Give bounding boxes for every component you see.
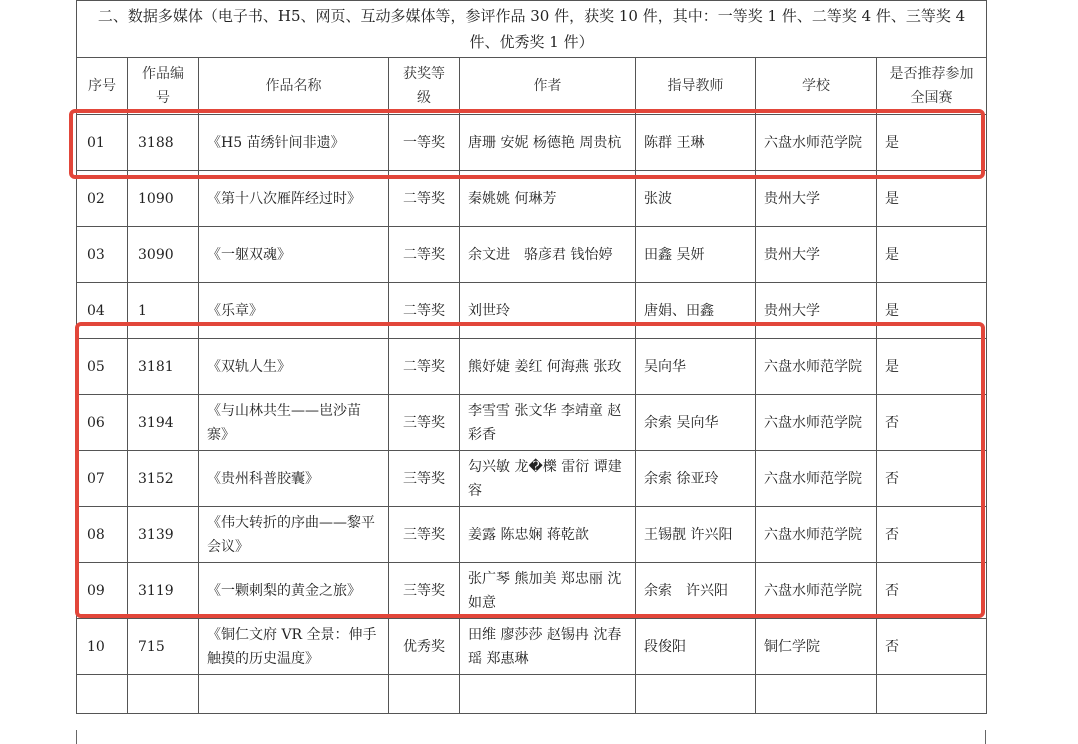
cell-no: 09 [77,563,128,619]
table-row: 093119《一颗刺梨的黄金之旅》三等奖张广琴 熊加美 郑忠丽 沈如意余索 许兴… [77,563,987,619]
cell-advisors: 陈群 王琳 [636,115,756,171]
cell-advisors: 张波 [636,171,756,227]
cell-authors: 熊妤婕 姜红 何海燕 张玫 [460,339,636,395]
cell-award: 二等奖 [389,283,460,339]
cell-id: 3139 [128,507,199,563]
cell-advisors: 段俊阳 [636,619,756,675]
cell-no: 01 [77,115,128,171]
cell-award: 三等奖 [389,507,460,563]
cell-title: 《一颗刺梨的黄金之旅》 [199,563,389,619]
cell-recommend: 否 [877,395,987,451]
cell-school: 六盘水师范学院 [756,563,877,619]
cell-award: 三等奖 [389,563,460,619]
table-row: 053181《双轨人生》二等奖熊妤婕 姜红 何海燕 张玫吴向华六盘水师范学院是 [77,339,987,395]
table-row: 041《乐章》二等奖刘世玲唐娟、田鑫贵州大学是 [77,283,987,339]
table-row: 083139《伟大转折的序曲——黎平会议》三等奖姜露 陈忠娴 蒋乾歆王锡靓 许兴… [77,507,987,563]
cell-title: 《第十八次雁阵经过时》 [199,171,389,227]
cell-school: 六盘水师范学院 [756,451,877,507]
cell-no: 10 [77,619,128,675]
cell-advisors: 田鑫 吴妍 [636,227,756,283]
cell-title: 《与山林共生——岜沙苗寨》 [199,395,389,451]
cell-authors: 余文进 骆彦君 钱怡婷 [460,227,636,283]
cell-school: 六盘水师范学院 [756,339,877,395]
awards-table: 二、数据多媒体（电子书、H5、网页、互动多媒体等，参评作品 30 件，获奖 10… [76,0,987,714]
cell-id: 3090 [128,227,199,283]
cell-recommend: 是 [877,283,987,339]
cell-authors: 刘世玲 [460,283,636,339]
cell-school: 贵州大学 [756,283,877,339]
cell-recommend: 否 [877,619,987,675]
cell-id: 3119 [128,563,199,619]
cell-title: 《乐章》 [199,283,389,339]
empty-row [77,675,987,714]
header-school: 学校 [756,58,877,115]
cell-school: 贵州大学 [756,171,877,227]
cell-award: 二等奖 [389,171,460,227]
header-title: 作品名称 [199,58,389,115]
cell-advisors: 唐娟、田鑫 [636,283,756,339]
header-award: 获奖等级 [389,58,460,115]
cell-id: 1 [128,283,199,339]
header-no: 序号 [77,58,128,115]
cell-title: 《一躯双魂》 [199,227,389,283]
cell-advisors: 余索 吴向华 [636,395,756,451]
cell-recommend: 否 [877,451,987,507]
cell-no: 02 [77,171,128,227]
cell-school: 铜仁学院 [756,619,877,675]
header-row: 序号 作品编号 作品名称 获奖等级 作者 指导教师 学校 是否推荐参加全国赛 [77,58,987,115]
cell-recommend: 是 [877,339,987,395]
cell-no: 03 [77,227,128,283]
cell-title: 《H5 苗绣针间非遗》 [199,115,389,171]
cell-school: 贵州大学 [756,227,877,283]
cell-award: 二等奖 [389,227,460,283]
cell-recommend: 是 [877,227,987,283]
section-caption: 二、数据多媒体（电子书、H5、网页、互动多媒体等，参评作品 30 件，获奖 10… [77,1,987,58]
cell-authors: 唐珊 安妮 杨德艳 周贵杭 [460,115,636,171]
cell-advisors: 余索 徐亚玲 [636,451,756,507]
cell-award: 三等奖 [389,395,460,451]
cell-authors: 张广琴 熊加美 郑忠丽 沈如意 [460,563,636,619]
cell-id: 3152 [128,451,199,507]
cell-id: 3194 [128,395,199,451]
cell-title: 《伟大转折的序曲——黎平会议》 [199,507,389,563]
cell-id: 715 [128,619,199,675]
cell-school: 六盘水师范学院 [756,115,877,171]
cell-recommend: 否 [877,507,987,563]
cell-recommend: 是 [877,115,987,171]
cell-school: 六盘水师范学院 [756,507,877,563]
table-row: 073152《贵州科普胶囊》三等奖勾兴敏 龙�櫟 雷衍 谭建容余索 徐亚玲六盘水… [77,451,987,507]
table-row: 063194《与山林共生——岜沙苗寨》三等奖李雪雪 张文华 李靖童 赵彩香余索 … [77,395,987,451]
cell-no: 05 [77,339,128,395]
header-authors: 作者 [460,58,636,115]
cell-title: 《双轨人生》 [199,339,389,395]
award-document-page: 二、数据多媒体（电子书、H5、网页、互动多媒体等，参评作品 30 件，获奖 10… [76,0,986,714]
cell-title: 《贵州科普胶囊》 [199,451,389,507]
cell-id: 3181 [128,339,199,395]
cell-authors: 秦姚姚 何琳芳 [460,171,636,227]
cell-award: 一等奖 [389,115,460,171]
cell-authors: 田维 廖莎莎 赵锡冉 沈春瑶 郑惠琳 [460,619,636,675]
cell-id: 3188 [128,115,199,171]
cell-title: 《铜仁文府 VR 全景：伸手触摸的历史温度》 [199,619,389,675]
table-row: 033090《一躯双魂》二等奖余文进 骆彦君 钱怡婷田鑫 吴妍贵州大学是 [77,227,987,283]
cell-award: 二等奖 [389,339,460,395]
page-margin-left [76,730,77,744]
cell-authors: 姜露 陈忠娴 蒋乾歆 [460,507,636,563]
cell-no: 06 [77,395,128,451]
cell-authors: 勾兴敏 龙�櫟 雷衍 谭建容 [460,451,636,507]
header-id: 作品编号 [128,58,199,115]
cell-advisors: 吴向华 [636,339,756,395]
cell-advisors: 王锡靓 许兴阳 [636,507,756,563]
cell-advisors: 余索 许兴阳 [636,563,756,619]
cell-recommend: 否 [877,563,987,619]
table-caption-row: 二、数据多媒体（电子书、H5、网页、互动多媒体等，参评作品 30 件，获奖 10… [77,1,987,58]
table-row: 013188《H5 苗绣针间非遗》一等奖唐珊 安妮 杨德艳 周贵杭陈群 王琳六盘… [77,115,987,171]
cell-school: 六盘水师范学院 [756,395,877,451]
table-row: 021090《第十八次雁阵经过时》二等奖秦姚姚 何琳芳张波贵州大学是 [77,171,987,227]
cell-no: 04 [77,283,128,339]
cell-award: 优秀奖 [389,619,460,675]
cell-award: 三等奖 [389,451,460,507]
cell-id: 1090 [128,171,199,227]
cell-authors: 李雪雪 张文华 李靖童 赵彩香 [460,395,636,451]
header-recommend: 是否推荐参加全国赛 [877,58,987,115]
header-advisors: 指导教师 [636,58,756,115]
cell-no: 08 [77,507,128,563]
table-row: 10715《铜仁文府 VR 全景：伸手触摸的历史温度》优秀奖田维 廖莎莎 赵锡冉… [77,619,987,675]
cell-recommend: 是 [877,171,987,227]
page-margin-right [985,730,986,744]
cell-no: 07 [77,451,128,507]
